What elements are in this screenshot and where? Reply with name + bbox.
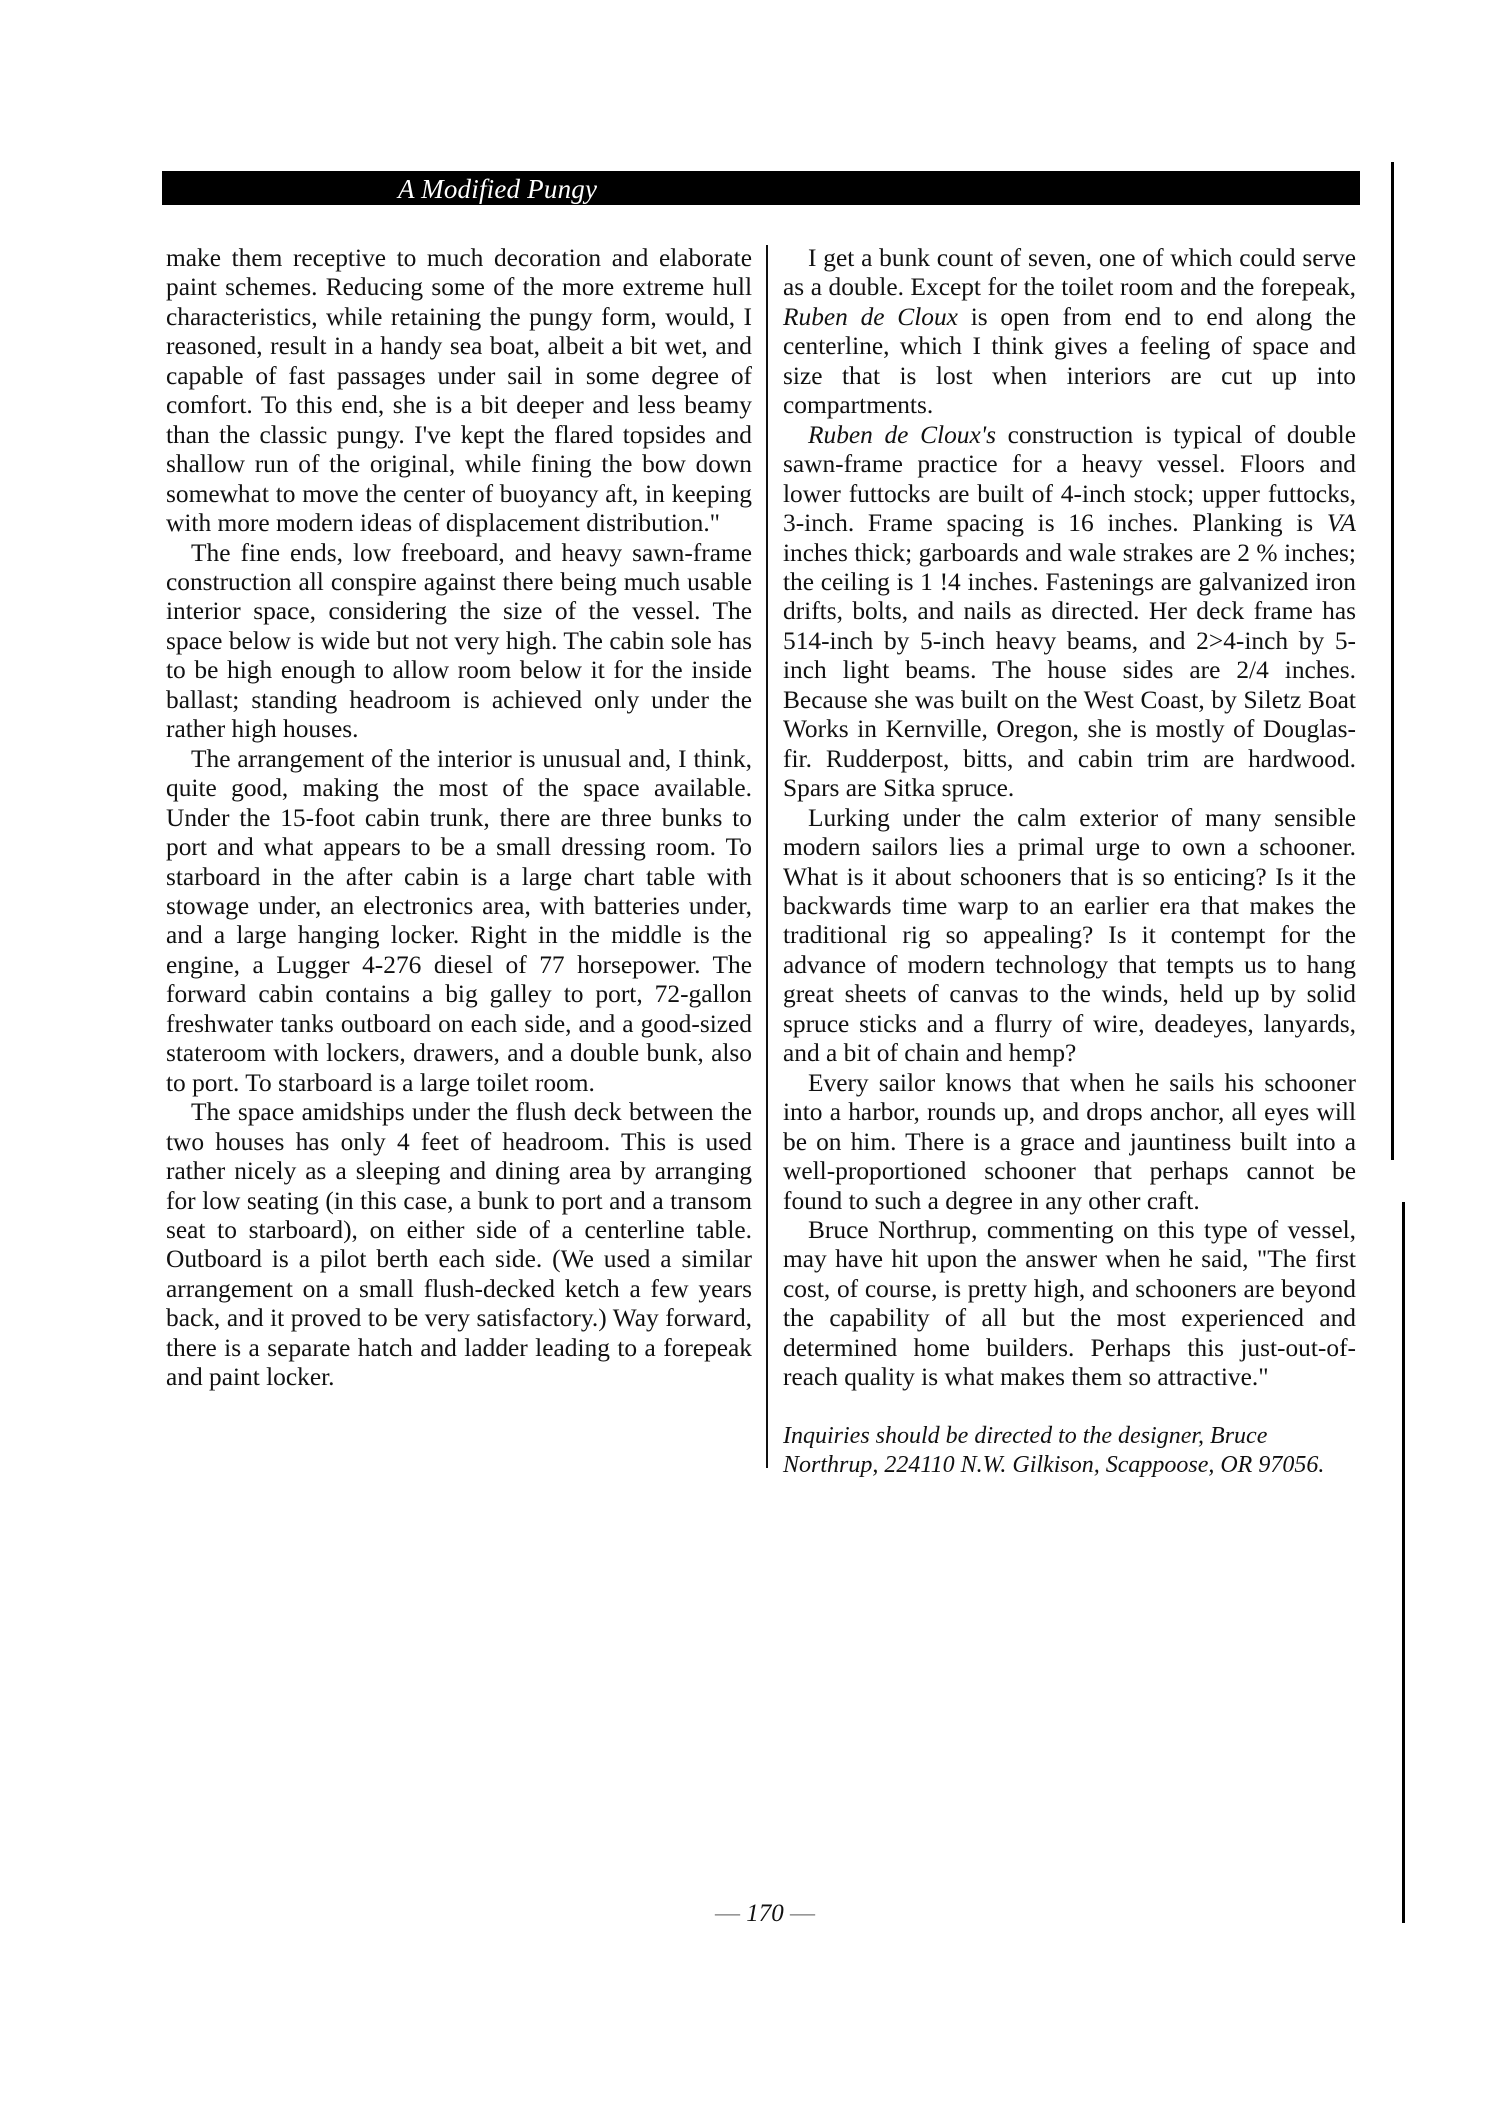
paragraph: I get a bunk count of seven, one of whic… <box>783 244 1356 421</box>
vessel-name: Ruben de Cloux's <box>808 421 996 449</box>
page-number: — 170 — <box>0 1900 1488 1928</box>
running-title: A Modified Pungy <box>398 171 597 205</box>
running-header-bar: A Modified Pungy <box>162 171 1360 205</box>
dash-left: — <box>715 1900 740 1927</box>
right-column: I get a bunk count of seven, one of whic… <box>783 244 1356 1481</box>
planking-dimension: VA <box>1327 509 1356 537</box>
paragraph: The arrangement of the interior is unusu… <box>166 745 752 1098</box>
dash-right: — <box>790 1900 815 1927</box>
text: inches thick; garboards and wale strakes… <box>783 539 1356 803</box>
left-column: make them receptive to much decoration a… <box>166 244 752 1393</box>
text: I get a bunk count of seven, one of whic… <box>783 244 1356 301</box>
margin-rule-upper <box>1391 162 1394 1160</box>
column-divider <box>766 245 768 1468</box>
paragraph: Every sailor knows that when he sails hi… <box>783 1069 1356 1216</box>
designer-contact-note: Inquiries should be directed to the desi… <box>783 1422 1356 1481</box>
vessel-name: Ruben de Cloux <box>783 303 958 331</box>
paragraph: Ruben de Cloux's construction is typical… <box>783 421 1356 804</box>
margin-rule-lower <box>1402 1202 1405 1923</box>
paragraph: The fine ends, low freeboard, and heavy … <box>166 539 752 745</box>
paragraph: make them receptive to much decoration a… <box>166 244 752 539</box>
page-number-value: 170 <box>746 1900 784 1927</box>
paragraph: Lurking under the calm exterior of many … <box>783 804 1356 1069</box>
paragraph: Bruce Northrup, commenting on this type … <box>783 1216 1356 1393</box>
paragraph: The space amidships under the flush deck… <box>166 1098 752 1393</box>
